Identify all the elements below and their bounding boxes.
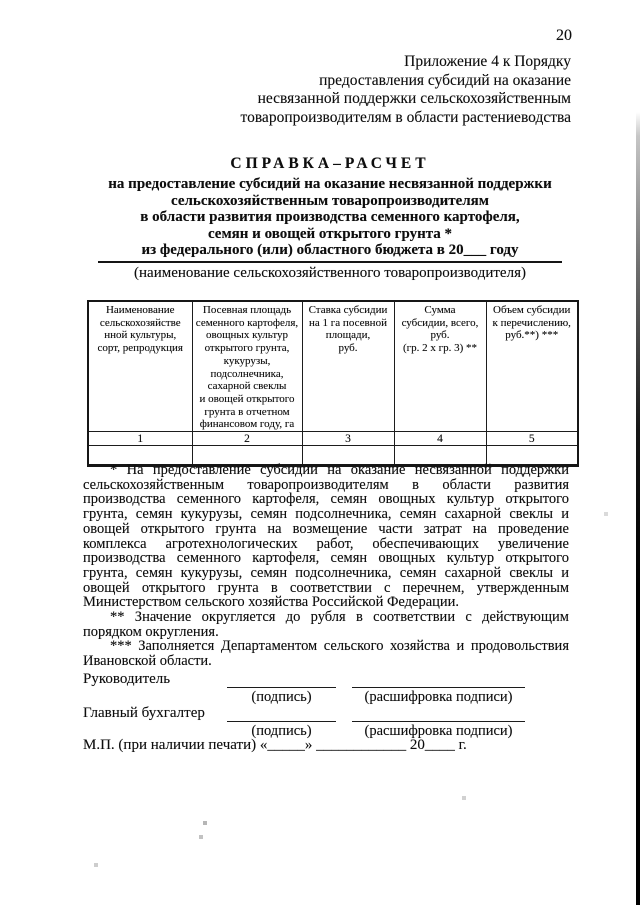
col-number: 3 <box>302 432 394 446</box>
appendix-note: Приложение 4 к Порядку предоставления су… <box>141 53 571 127</box>
signature-line <box>352 673 525 688</box>
producer-name-line: (наименование сельскохозяйственного това… <box>98 261 562 282</box>
signature-label-director: Руководитель <box>83 671 170 688</box>
document-subtitle: на предоставление субсидий на оказание н… <box>70 176 590 259</box>
column-number-row: 1 2 3 4 5 <box>88 432 578 446</box>
col-header-area: Посевная площадь семенного картофеля, ов… <box>192 301 302 432</box>
footnote-asterisk: * На предоставление субсидии на оказание… <box>83 463 569 610</box>
signature-line <box>227 707 336 722</box>
producer-underline <box>98 261 562 263</box>
producer-caption: (наименование сельскохозяйственного това… <box>98 265 562 282</box>
col-header-volume: Объем субсидии к перечислению, руб.**) *… <box>486 301 578 432</box>
table-header-row: Наименование сельскохозяйстве нной культ… <box>88 301 578 432</box>
col-number: 5 <box>486 432 578 446</box>
document-title: СПРАВКА–РАСЧЕТ <box>70 155 590 173</box>
footnote-triple-asterisk: *** Заполняется Департаментом сельского … <box>83 639 569 668</box>
signature-line <box>352 707 525 722</box>
col-header-culture: Наименование сельскохозяйстве нной культ… <box>88 301 192 432</box>
col-number: 2 <box>192 432 302 446</box>
col-header-rate: Ставка субсидии на 1 га посевной площади… <box>302 301 394 432</box>
footnotes-block: * На предоставление субсидии на оказание… <box>83 463 569 669</box>
signature-block: Руководитель (подпись) (расшифровка подп… <box>83 671 563 761</box>
footnote-double-asterisk: ** Значение округляется до рубля в соотв… <box>83 610 569 639</box>
subsidy-table: Наименование сельскохозяйстве нной культ… <box>87 300 579 467</box>
signature-label-accountant: Главный бухгалтер <box>83 705 205 722</box>
scanner-edge-artifact <box>636 112 640 905</box>
signature-line <box>227 673 336 688</box>
stamp-date-line: М.П. (при наличии печати) «_____» ______… <box>83 737 467 754</box>
title-block: СПРАВКА–РАСЧЕТ на предоставление субсиди… <box>70 155 590 259</box>
col-number: 4 <box>394 432 486 446</box>
signature-caption: (подпись) <box>227 689 336 706</box>
col-header-sum: Сумма субсидии, всего, руб. (гр. 2 х гр.… <box>394 301 486 432</box>
col-number: 1 <box>88 432 192 446</box>
scan-speck <box>0 0 2 2</box>
signature-caption: (расшифровка подписи) <box>352 689 525 706</box>
page-number: 20 <box>556 27 572 45</box>
